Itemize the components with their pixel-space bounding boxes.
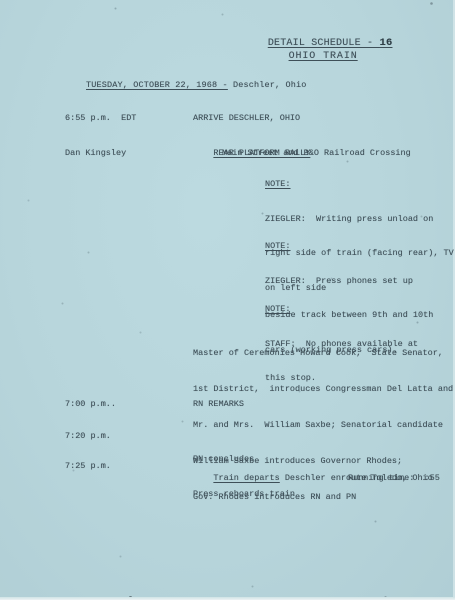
- running-time: Running time: :55: [348, 473, 440, 485]
- note-label: NOTE:: [265, 241, 433, 253]
- departure-underlined: Train departs: [213, 473, 279, 483]
- paragraph-line: Master of Ceremonies Howard Cook, State …: [193, 347, 453, 359]
- timeline-time: 7:00 p.m..: [65, 399, 116, 411]
- subtitle-text: OHIO TRAIN: [289, 51, 358, 62]
- arrival-time: 6:55 p.m. EDT: [65, 113, 136, 125]
- note-label: NOTE:: [265, 179, 454, 191]
- document-page: DETAIL SCHEDULE - 16 OHIO TRAIN TUESDAY,…: [0, 0, 455, 600]
- date-text: TUESDAY, OCTOBER 22, 1968 -: [86, 80, 228, 90]
- arrival-advance-man: Dan Kingsley: [65, 148, 136, 160]
- timeline-time: 7:25 p.m.: [65, 461, 111, 473]
- paragraph-line: 1st District, introduces Congressman Del…: [193, 383, 453, 395]
- page-number-stamp: 16: [379, 37, 392, 49]
- arrival-event: ARRIVE DESCHLER, OHIO: [193, 113, 411, 125]
- timeline-time: 7:20 p.m.: [65, 431, 111, 443]
- paper-specks: [0, 0, 1, 1]
- paragraph-line: Mr. and Mrs. William Saxbe; Senatorial c…: [193, 419, 453, 431]
- note-label: NOTE:: [265, 304, 418, 316]
- timeline-detail: RN REMARKS: [193, 399, 244, 411]
- location-text: Deschler, Ohio: [228, 80, 307, 90]
- arrival-time-column: 6:55 p.m. EDT Dan Kingsley: [65, 90, 136, 182]
